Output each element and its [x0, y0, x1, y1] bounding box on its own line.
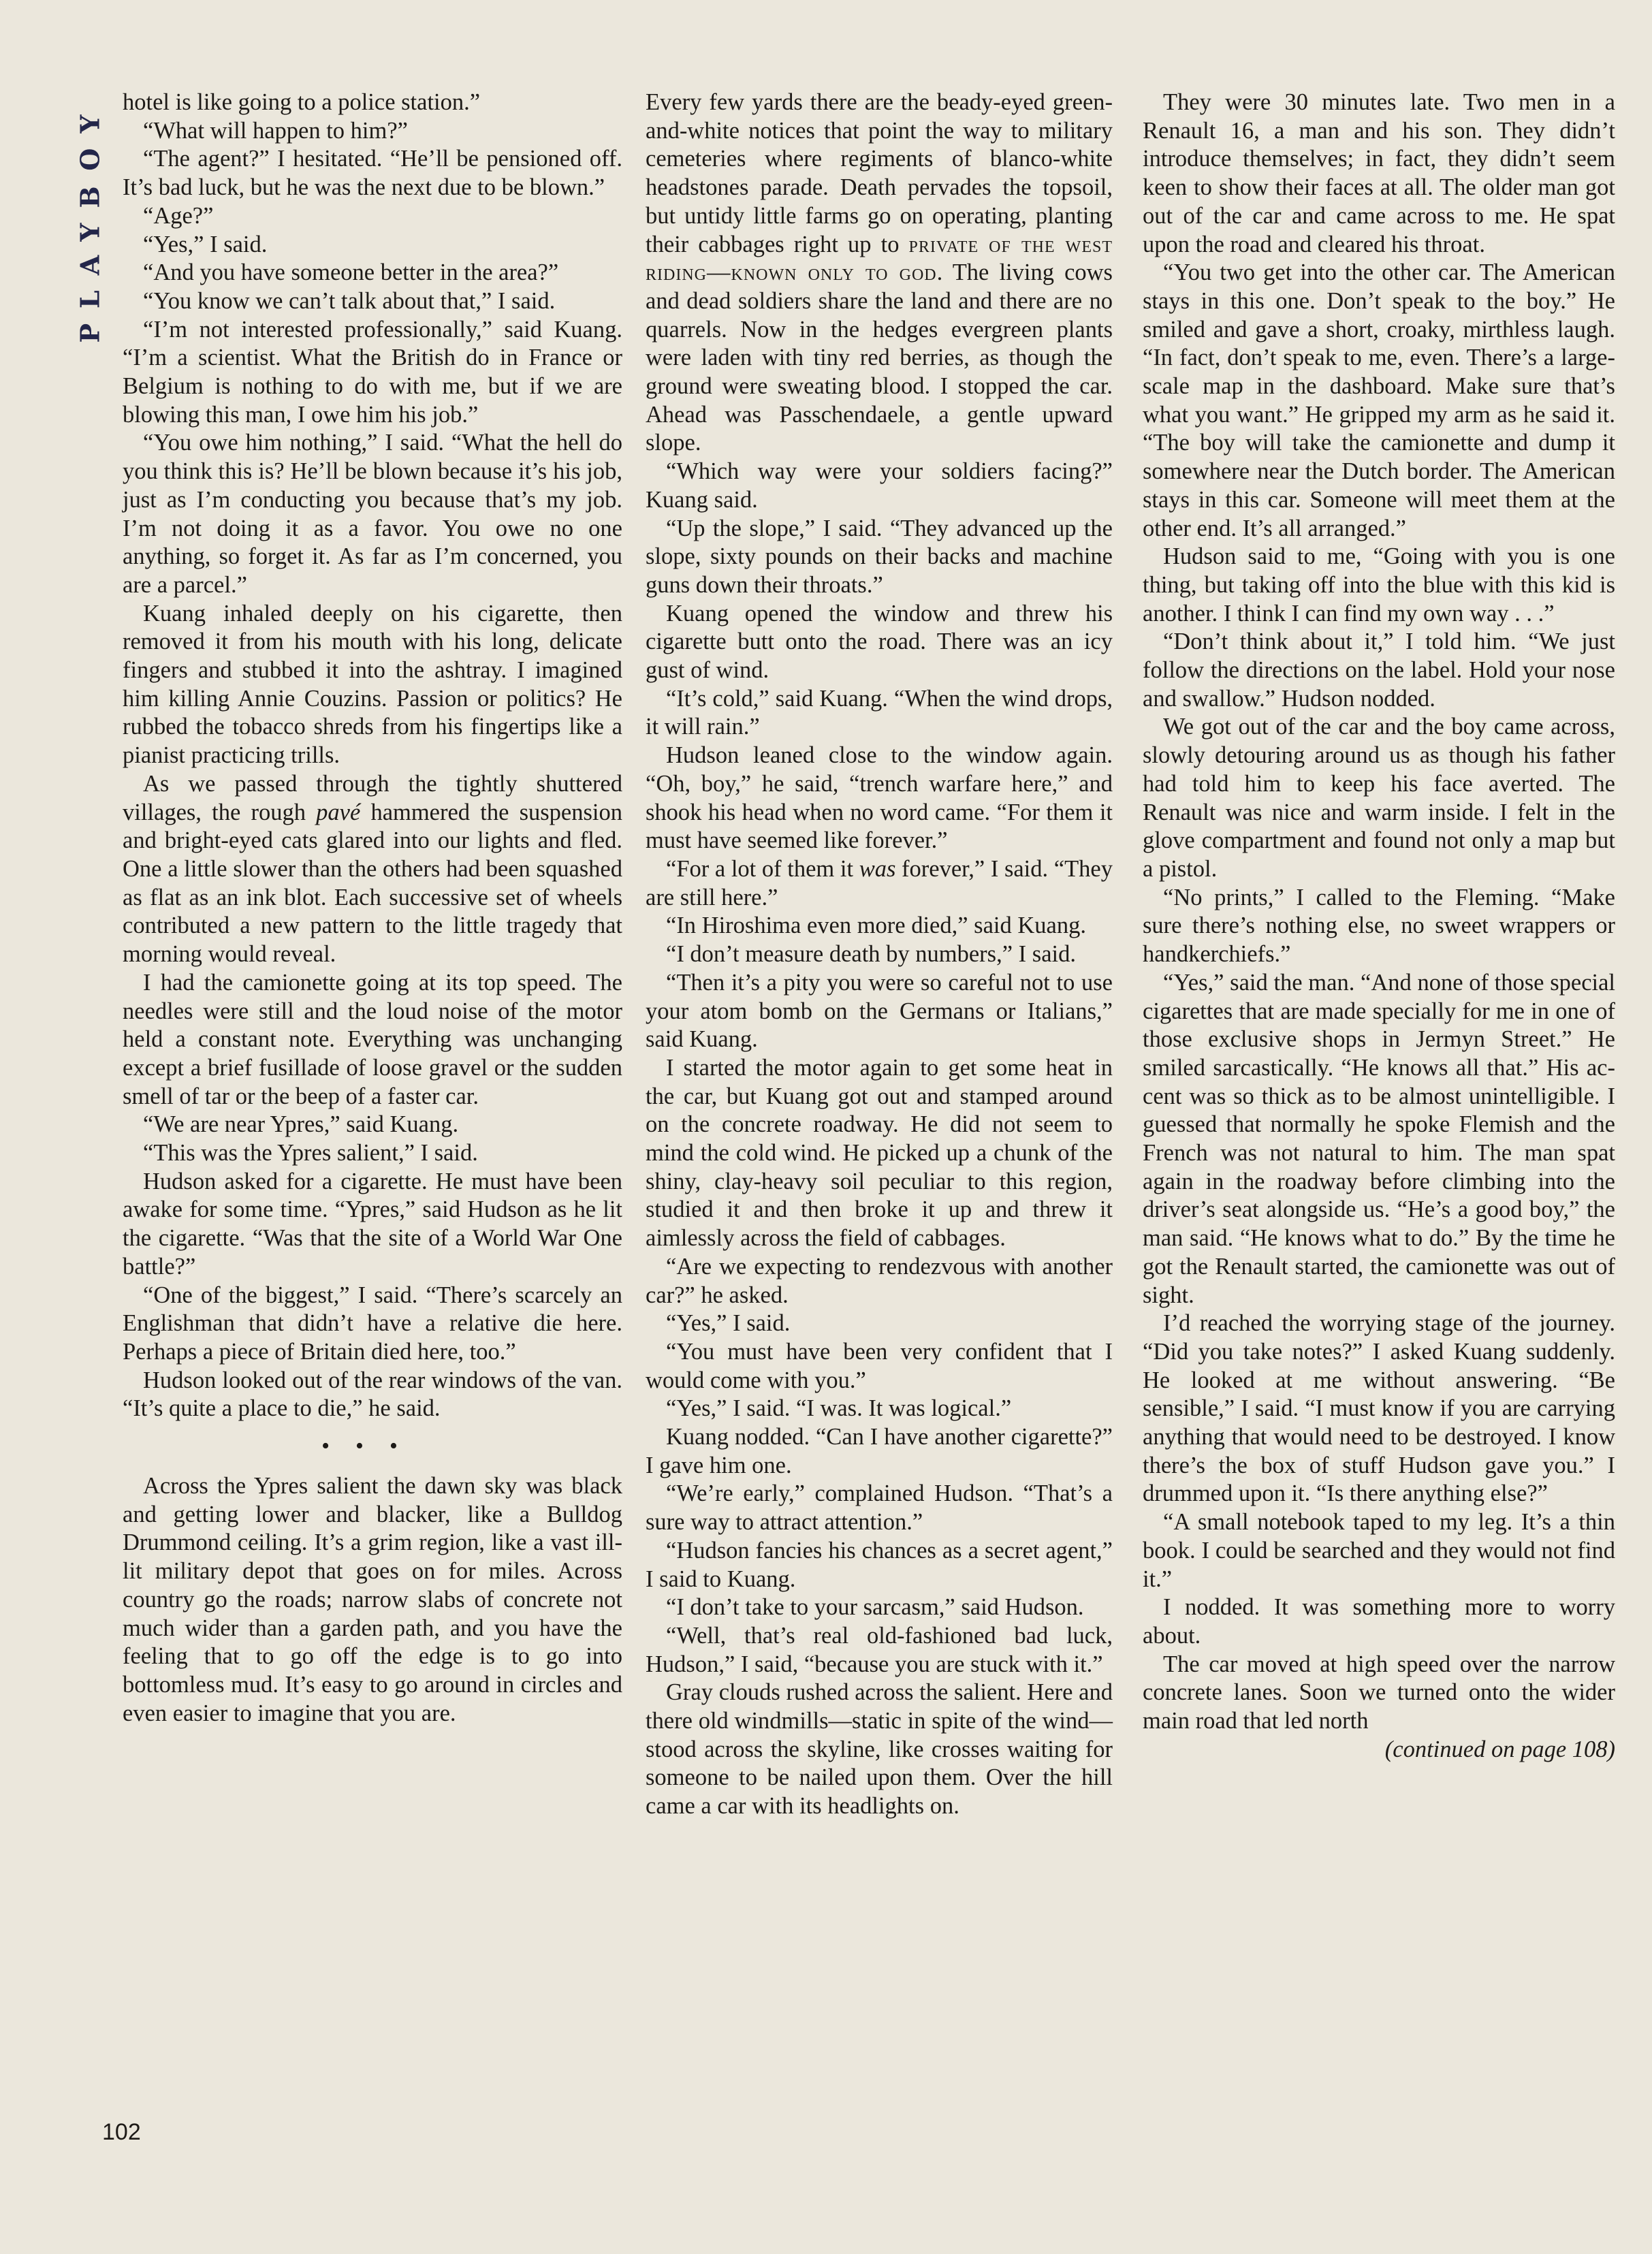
- article-paragraph: I started the motor again to get some he…: [646, 1054, 1113, 1253]
- article-paragraph: Hudson looked out of the rear win­dows o…: [123, 1367, 622, 1423]
- article-paragraph: Across the Ypres salient the dawn sky wa…: [123, 1472, 622, 1728]
- paragraph-text: “For a lot of them it: [666, 856, 859, 882]
- article-paragraph: The car moved at high speed over the nar…: [1143, 1651, 1615, 1736]
- article-paragraph: “Yes,” said the man. “And none of those …: [1143, 969, 1615, 1309]
- article-paragraph: “What will happen to him?”: [123, 117, 622, 146]
- section-break: •••: [123, 1433, 622, 1460]
- article-paragraph: We got out of the car and the boy came a…: [1143, 713, 1615, 883]
- article-paragraph: “I don’t take to your sarcasm,” said Hud…: [646, 1593, 1113, 1622]
- magazine-masthead: PLAYBOY: [69, 95, 110, 347]
- italic-emphasis: was: [859, 856, 896, 882]
- article-paragraph: “For a lot of them it was forever,” I sa…: [646, 855, 1113, 912]
- article-paragraph: “You must have been very confident that …: [646, 1338, 1113, 1395]
- article-paragraph: “I’m not interested professionally,” sai…: [123, 316, 622, 430]
- article-paragraph: I nodded. It was something more to worry…: [1143, 1593, 1615, 1650]
- article-paragraph: I’d reached the worrying stage of the jo…: [1143, 1309, 1615, 1508]
- article-paragraph: “This was the Ypres salient,” I said.: [123, 1139, 622, 1168]
- article-paragraph: “Yes,” I said. “I was. It was logical.”: [646, 1395, 1113, 1423]
- page-number: 102: [102, 2119, 141, 2146]
- article-paragraph: Gray clouds rushed across the salient. H…: [646, 1679, 1113, 1821]
- article-paragraph: “Are we expecting to rendezvous with ano…: [646, 1253, 1113, 1309]
- article-paragraph: Hudson leaned close to the window again.…: [646, 742, 1113, 855]
- article-paragraph: “And you have someone better in the area…: [123, 259, 622, 287]
- article-paragraph: “One of the biggest,” I said. “There’s s…: [123, 1282, 622, 1367]
- article-paragraph: “No prints,” I called to the Fleming. “M…: [1143, 884, 1615, 969]
- article-paragraph: “We are near Ypres,” said Kuang.: [123, 1111, 622, 1139]
- paragraph-text: . The living cows and dead soldiers shar…: [646, 259, 1113, 456]
- article-paragraph: Hudson asked for a cigarette. He must ha…: [123, 1168, 622, 1282]
- article-paragraph: “It’s cold,” said Kuang. “When the wind …: [646, 685, 1113, 742]
- article-column-1: hotel is like going to a police station.…: [123, 89, 622, 1728]
- article-paragraph: “Yes,” I said.: [646, 1309, 1113, 1338]
- article-paragraph: Kuang inhaled deeply on his cigarette, t…: [123, 600, 622, 770]
- article-paragraph: Hudson said to me, “Going with you is on…: [1143, 543, 1615, 628]
- article-paragraph: “We’re early,” complained Hudson. “That’…: [646, 1480, 1113, 1536]
- article-paragraph: “Well, that’s real old-fashioned bad luc…: [646, 1622, 1113, 1679]
- article-column-2: Every few yards there are the beady-eyed…: [646, 89, 1113, 1821]
- article-paragraph: “You two get into the other car. The Ame…: [1143, 259, 1615, 543]
- article-paragraph: “I don’t measure death by numbers,” I sa…: [646, 940, 1113, 969]
- article-column-3: They were 30 minutes late. Two men in a …: [1143, 89, 1615, 1764]
- article-paragraph: “Yes,” I said.: [123, 231, 622, 259]
- article-paragraph: As we passed through the tightly shut­te…: [123, 770, 622, 969]
- article-paragraph: “You know we can’t talk about that,” I s…: [123, 287, 622, 316]
- article-paragraph: “The agent?” I hesitated. “He’ll be pens…: [123, 145, 622, 202]
- article-paragraph: “Then it’s a pity you were so careful no…: [646, 969, 1113, 1054]
- article-paragraph: “Don’t think about it,” I told him. “We …: [1143, 628, 1615, 713]
- article-paragraph: Every few yards there are the beady-eyed…: [646, 89, 1113, 458]
- article-paragraph: “Hudson fancies his chances as a se­cret…: [646, 1537, 1113, 1593]
- article-paragraph: “Age?”: [123, 202, 622, 231]
- article-paragraph: “You owe him nothing,” I said. “What the…: [123, 429, 622, 599]
- article-paragraph: Kuang opened the window and threw his ci…: [646, 600, 1113, 685]
- masthead-label: PLAYBOY: [75, 99, 106, 343]
- article-paragraph: I had the camionette going at its top sp…: [123, 969, 622, 1111]
- article-paragraph: They were 30 minutes late. Two men in a …: [1143, 89, 1615, 259]
- continued-on-note: (continued on page 108): [1143, 1736, 1615, 1764]
- article-paragraph: “Which way were your soldiers fac­ing?” …: [646, 458, 1113, 514]
- article-paragraph: “In Hiroshima even more died,” said Kuan…: [646, 912, 1113, 940]
- article-paragraph: hotel is like going to a police station.…: [123, 89, 622, 117]
- italic-emphasis: pavé: [316, 799, 360, 825]
- article-paragraph: Kuang nodded. “Can I have another cigare…: [646, 1423, 1113, 1480]
- article-paragraph: “A small notebook taped to my leg. It’s …: [1143, 1508, 1615, 1593]
- article-paragraph: “Up the slope,” I said. “They ad­vanced …: [646, 515, 1113, 600]
